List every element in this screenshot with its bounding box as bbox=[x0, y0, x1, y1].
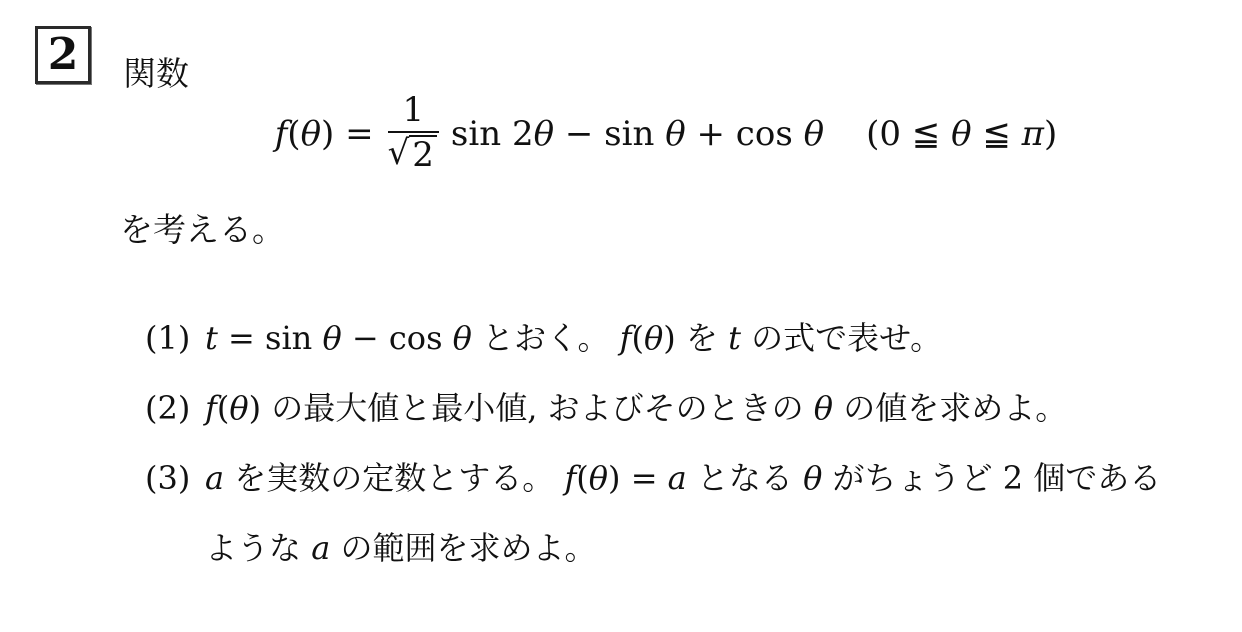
radical-sign: √ bbox=[388, 135, 410, 172]
question-item-1: (1) t = sin θ − cos θ とおく。 f(θ) を t の式で表… bbox=[145, 303, 1202, 373]
problem-header: 2 関数 bbox=[35, 26, 189, 84]
item-label: (1) bbox=[145, 303, 193, 373]
problem-number: 2 bbox=[48, 33, 79, 77]
item-content: f(θ) の最大値と最小値, およびそのときの θ の値を求めよ。 bbox=[205, 373, 1067, 443]
after-text: を考える。 bbox=[120, 210, 285, 250]
item-label: (2) bbox=[145, 373, 193, 443]
formula-domain: (0 ≦ θ ≦ π) bbox=[866, 114, 1057, 154]
item-content: a を実数の定数とする。 f(θ) = a となる θ がちょうど 2 個である… bbox=[205, 443, 1190, 583]
question-list: (1) t = sin θ − cos θ とおく。 f(θ) を t の式で表… bbox=[145, 303, 1202, 583]
problem-page: 2 関数 f(θ) = 1 √ 2 sin 2θ − sin θ + cos θ… bbox=[0, 0, 1242, 632]
fraction-denominator: √ 2 bbox=[388, 131, 439, 174]
display-formula: f(θ) = 1 √ 2 sin 2θ − sin θ + cos θ (0 ≦… bbox=[0, 84, 1242, 184]
problem-number-box: 2 bbox=[35, 26, 91, 84]
fraction-numerator: 1 bbox=[396, 93, 430, 131]
question-item-3: (3) a を実数の定数とする。 f(θ) = a となる θ がちょうど 2 … bbox=[145, 443, 1202, 583]
question-item-2: (2) f(θ) の最大値と最小値, およびそのときの θ の値を求めよ。 bbox=[145, 373, 1202, 443]
item-label: (3) bbox=[145, 443, 193, 513]
formula-lhs: f(θ) = bbox=[275, 114, 374, 154]
formula-body: sin 2θ − sin θ + cos θ bbox=[451, 114, 824, 154]
radicand: 2 bbox=[409, 135, 437, 174]
item-content: t = sin θ − cos θ とおく。 f(θ) を t の式で表せ。 bbox=[205, 303, 942, 373]
fraction: 1 √ 2 bbox=[388, 93, 439, 174]
